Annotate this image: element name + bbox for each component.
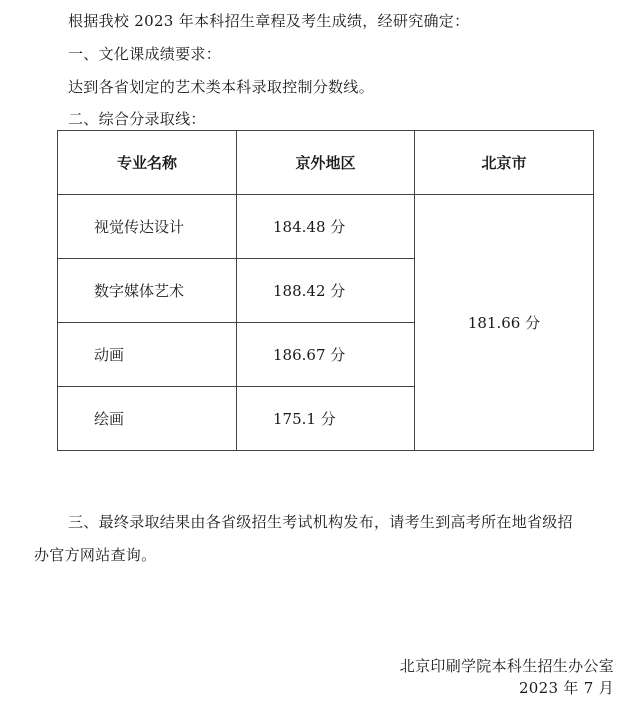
major-name: 数字媒体艺术 — [58, 259, 237, 323]
header-beijing: 北京市 — [415, 131, 594, 195]
beijing-score: 181.66 分 — [415, 195, 594, 451]
outside-beijing-score: 186.67 分 — [237, 323, 415, 387]
section3-line1: 三、最终录取结果由各省级招生考试机构发布，请考生到高考所在地省级招 — [68, 511, 573, 532]
header-outside-beijing: 京外地区 — [237, 131, 415, 195]
major-name: 绘画 — [58, 387, 237, 451]
signature-date: 2023 年 7 月 — [519, 677, 614, 698]
section3-line2: 办官方网站查询。 — [34, 544, 156, 565]
major-name: 动画 — [58, 323, 237, 387]
outside-beijing-score: 184.48 分 — [237, 195, 415, 259]
header-major: 专业名称 — [58, 131, 237, 195]
score-table: 专业名称 京外地区 北京市 视觉传达设计 184.48 分 181.66 分 数… — [57, 130, 594, 451]
outside-beijing-score: 188.42 分 — [237, 259, 415, 323]
major-name: 视觉传达设计 — [58, 195, 237, 259]
table-row: 视觉传达设计 184.48 分 181.66 分 — [58, 195, 594, 259]
signature-office: 北京印刷学院本科生招生办公室 — [400, 655, 614, 676]
table-header-row: 专业名称 京外地区 北京市 — [58, 131, 594, 195]
section1-heading: 一、文化课成绩要求： — [68, 43, 221, 64]
intro-text: 根据我校 2023 年本科招生章程及考生成绩，经研究确定： — [68, 10, 469, 31]
section1-body: 达到各省划定的艺术类本科录取控制分数线。 — [68, 76, 374, 97]
outside-beijing-score: 175.1 分 — [237, 387, 415, 451]
section2-heading: 二、综合分录取线： — [68, 108, 206, 129]
